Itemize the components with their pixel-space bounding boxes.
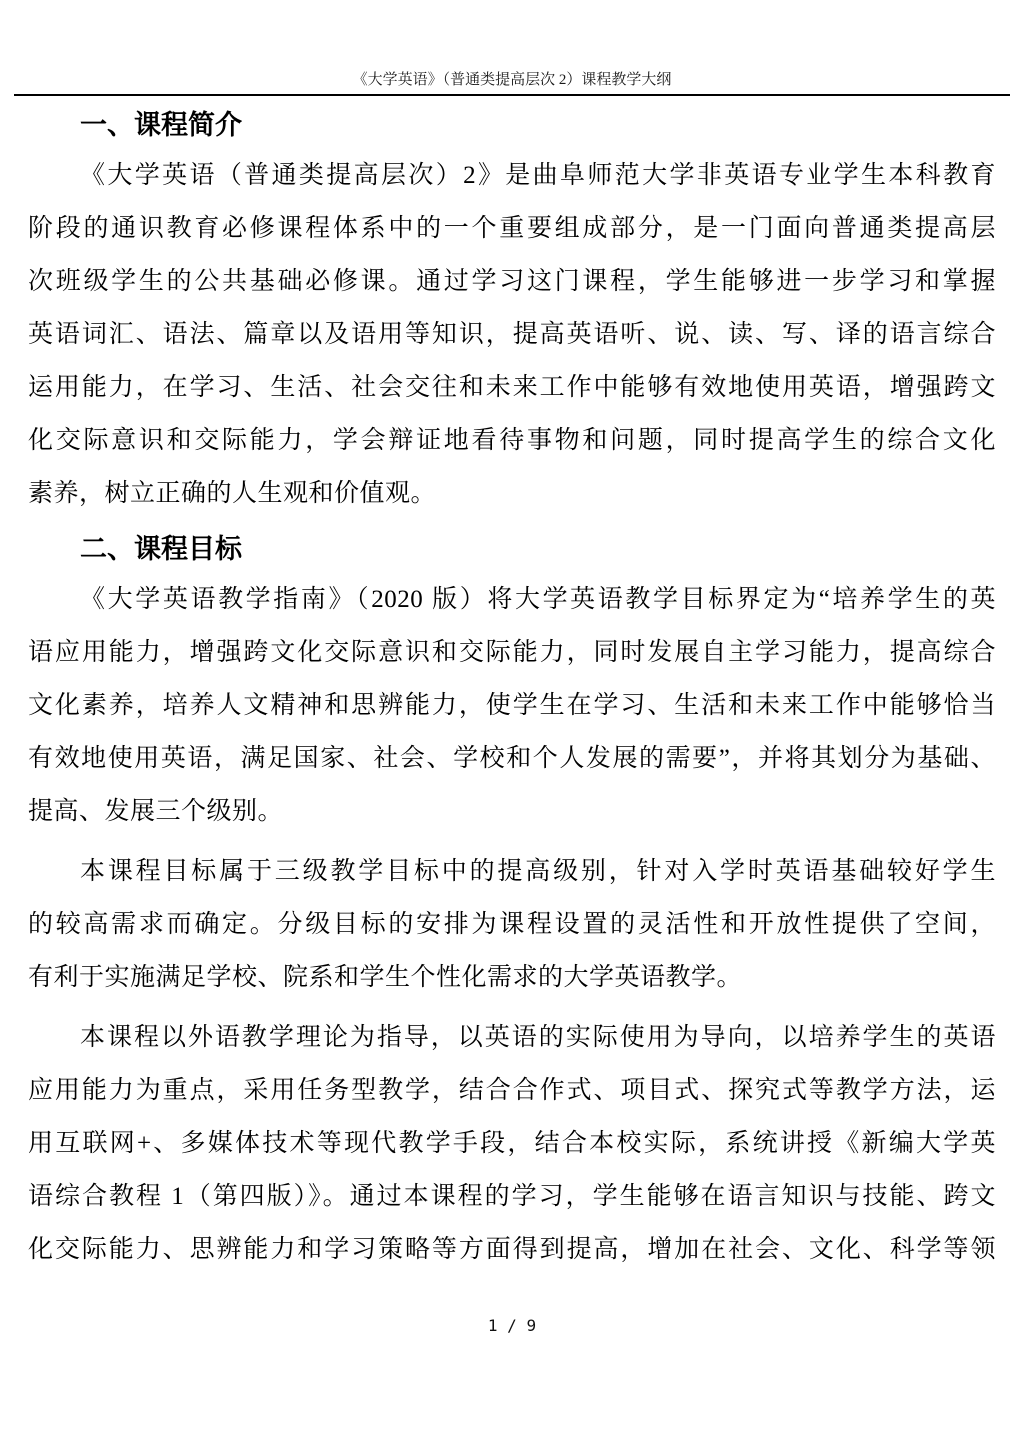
document-line: 本课程目标属于三级教学目标中的提高级别，针对入学时英语基础较好学生 <box>28 845 996 898</box>
document-line: 《大学英语教学指南》（2020 版）将大学英语教学目标界定为“培养学生的英 <box>28 573 996 626</box>
page-number: 1 / 9 <box>488 1316 536 1335</box>
document-line: 语综合教程 1（第四版）》。通过本课程的学习，学生能够在语言知识与技能、跨文 <box>28 1170 996 1223</box>
document-line: 英语词汇、语法、篇章以及语用等知识，提高英语听、说、读、写、译的语言综合 <box>28 308 996 361</box>
section-heading: 一、课程简介 <box>28 108 996 142</box>
document-line: 的较高需求而确定。分级目标的安排为课程设置的灵活性和开放性提供了空间， <box>28 898 996 951</box>
document-line: 素养，树立正确的人生观和价值观。 <box>28 467 996 520</box>
paragraph: 《大学英语教学指南》（2020 版）将大学英语教学目标界定为“培养学生的英语应用… <box>28 573 996 838</box>
document-line: 本课程以外语教学理论为指导，以英语的实际使用为导向，以培养学生的英语 <box>28 1011 996 1064</box>
document-line: 运用能力，在学习、生活、社会交往和未来工作中能够有效地使用英语，增强跨文 <box>28 361 996 414</box>
document-line: 化交际能力、思辨能力和学习策略等方面得到提高，增加在社会、文化、科学等领 <box>28 1223 996 1276</box>
document-line: 化交际意识和交际能力，学会辩证地看待事物和问题，同时提高学生的综合文化 <box>28 414 996 467</box>
document-line: 文化素养，培养人文精神和思辨能力，使学生在学习、生活和未来工作中能够恰当 <box>28 679 996 732</box>
document-line: 《大学英语（普通类提高层次）2》是曲阜师范大学非英语专业学生本科教育 <box>28 149 996 202</box>
paragraph: 本课程目标属于三级教学目标中的提高级别，针对入学时英语基础较好学生的较高需求而确… <box>28 845 996 1004</box>
page-header: 《大学英语》（普通类提高层次 2）课程教学大纲 <box>14 0 1010 96</box>
document-line: 用互联网+、多媒体技术等现代教学手段，结合本校实际，系统讲授《新编大学英 <box>28 1117 996 1170</box>
document-line: 提高、发展三个级别。 <box>28 785 996 838</box>
document-line: 应用能力为重点，采用任务型教学，结合合作式、项目式、探究式等教学方法，运 <box>28 1064 996 1117</box>
document-body: 一、课程简介《大学英语（普通类提高层次）2》是曲阜师范大学非英语专业学生本科教育… <box>28 108 996 1276</box>
paragraph: 《大学英语（普通类提高层次）2》是曲阜师范大学非英语专业学生本科教育阶段的通识教… <box>28 149 996 520</box>
header-title: 《大学英语》（普通类提高层次 2）课程教学大纲 <box>353 72 672 88</box>
document-line: 有效地使用英语，满足国家、社会、学校和个人发展的需要”，并将其划分为基础、 <box>28 732 996 785</box>
document-line: 有利于实施满足学校、院系和学生个性化需求的大学英语教学。 <box>28 951 996 1004</box>
page-footer: 1 / 9 <box>0 1316 1024 1336</box>
document-line: 次班级学生的公共基础必修课。通过学习这门课程，学生能够进一步学习和掌握 <box>28 255 996 308</box>
paragraph: 本课程以外语教学理论为指导，以英语的实际使用为导向，以培养学生的英语应用能力为重… <box>28 1011 996 1276</box>
section-heading: 二、课程目标 <box>28 532 996 566</box>
document-line: 阶段的通识教育必修课程体系中的一个重要组成部分，是一门面向普通类提高层 <box>28 202 996 255</box>
document-line: 语应用能力，增强跨文化交际意识和交际能力，同时发展自主学习能力，提高综合 <box>28 626 996 679</box>
